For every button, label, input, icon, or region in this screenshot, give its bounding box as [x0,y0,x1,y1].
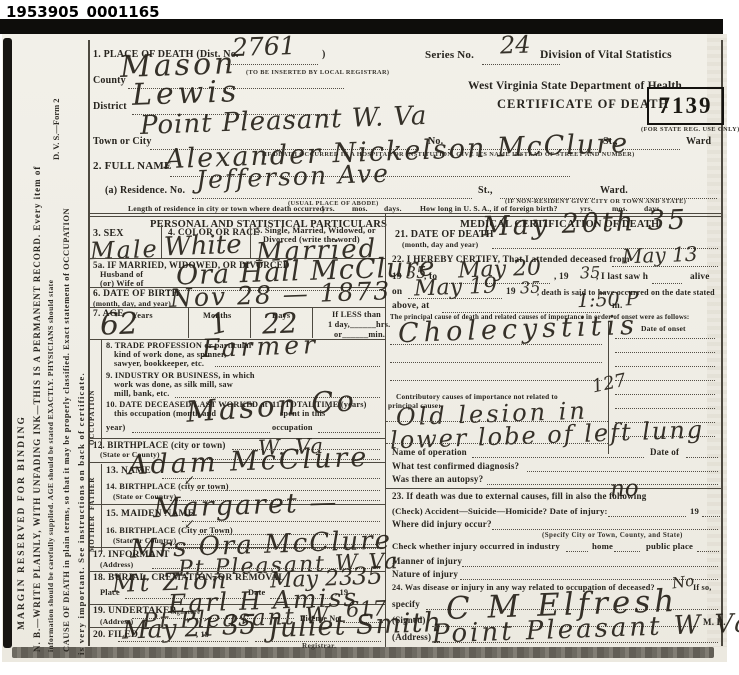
occupation-side-label: OCCUPATION [90,345,97,445]
specify-city-note: (Specify City or Town, County, and State… [542,532,683,539]
dotted-line [615,408,715,409]
dotted-line [168,548,380,549]
total-time-label-3: occupation [272,424,313,433]
days-label: days. [384,205,402,213]
yrs-label: yrs. [322,205,335,213]
dotted-line [615,352,715,353]
informant-sub-label: (Address) [100,561,133,569]
scan-bottom-edge [12,647,714,658]
registration-number: 7139 [659,93,713,119]
alive-label: alive [690,273,710,283]
dotted-line [702,516,720,517]
dotted-line [472,457,644,458]
age-less-label-2: 1 day,______hrs. [328,321,390,330]
injury-home-label: home [592,542,613,551]
age-less-label-1: If LESS than [332,311,381,320]
margin-note-line-3: CAUSE OF DEATH in plain terms, so that i… [63,60,71,652]
side-label-rule [101,339,102,449]
specify-label: specify [392,600,420,609]
dotted-line [527,471,718,472]
division-title: Division of Vital Statistics [540,49,672,61]
external-causes-label: 23. If death was due to external causes,… [392,492,646,501]
test-label: What test confirmed diagnosis? [392,462,519,471]
accident-check-label: (Check) Accident—Suicide—Homicide? Date … [392,507,608,516]
dotted-line [390,362,602,363]
registration-number-box: 7139 [647,87,724,125]
margin-reserved-label: MARGIN RESERVED FOR BINDING [18,295,28,630]
dotted-line [318,432,380,433]
dotted-line [652,283,682,284]
year-19-print: 19 [392,273,402,283]
father-name-value: Adam McClure [128,446,370,479]
residence-value: Jefferson Ave [196,163,391,192]
district-value: Lewis [132,78,241,109]
place-close-paren: ) [322,50,326,61]
dotted-line [697,551,719,552]
district-label: District [93,102,127,113]
dotted-line [386,421,608,422]
certificate-title: CERTIFICATE OF DEATH [497,98,669,111]
on-label: on [392,288,402,298]
year-19-print: , 19 [554,273,569,283]
dotted-line [182,521,380,522]
margin-note-line-2: information should be carefully supplied… [47,170,55,652]
dotted-line [482,64,560,65]
cell-divider [161,225,162,258]
last-saw-label: , I last saw h [596,273,648,283]
trade-value: Farmer [202,334,320,361]
row-rule [88,438,385,439]
dotted-line [462,566,718,567]
last-worked-label-3: year) [106,424,125,433]
dotted-line [615,338,715,339]
series-label: Series No. [425,50,474,62]
dotted-line [615,394,715,395]
residence-ward-label: Ward. [600,186,628,197]
injury-public-label: public place [646,542,693,551]
dotted-line [612,266,718,267]
dotted-line [492,529,718,530]
mother-side-label: MOTHER [90,508,97,552]
physician-address-label: (Address) [392,633,431,642]
dotted-line [408,298,502,299]
dotted-line [390,344,602,345]
time-of-death-value: 1:50 P [577,291,639,310]
dotted-line [390,380,602,381]
injury-industry-label: Check whether injury occurred in industr… [392,542,560,551]
death-certificate-scan: 1953905_0001165 MARGIN RESERVED FOR BIND… [0,0,739,675]
margin-note-line-4: is very important. See instructions on b… [77,270,86,655]
signed-label: (Signed) [392,616,426,625]
dotted-line [215,366,380,367]
father-birthplace-mark: ↙ [184,475,195,487]
autopsy-label: Was there an autopsy? [392,475,483,484]
mos-label: mos. [352,205,368,213]
operation-date-label: Date of [650,448,679,457]
dotted-line [566,551,588,552]
age-years-value: 62 [100,310,139,338]
dotted-line [625,149,680,150]
dotted-line [255,641,381,642]
maiden-name-value: Margaret — [153,491,339,522]
dotted-line [192,198,472,199]
mother-birthplace-mark: ↙ [184,519,195,531]
last-seen-value: May 19 [414,277,498,300]
full-name-label: 2. FULL NAME [93,161,172,173]
filed-year-prefix: , 19 [196,631,209,640]
dotted-line [226,64,318,65]
date-of-onset-header: Date of onset [641,325,686,333]
cell-divider [250,225,251,258]
if-so-label: If so, [693,584,712,593]
date-of-death-label: 21. DATE OF DEATH [395,230,494,241]
dotted-line [118,641,248,642]
dotted-line [487,484,718,485]
row-rule [385,488,722,489]
external-causes-value: no [610,479,639,501]
year-19-print: 19 [506,288,516,298]
color-race-value: White [164,234,242,260]
dotted-line [686,457,718,458]
margin-note-line-1: N. B.—WRITE PLAINLY, WITH UNFADING INK—T… [33,60,42,652]
date-of-death-value: May 20th 35 [482,208,689,239]
cell-divider [188,308,189,338]
series-value: 24 [500,34,531,57]
state-reg-note: (FOR STATE REG. USE ONLY) [641,127,739,133]
margin-form-number: D. V. S.—Form 2 [52,45,61,160]
length-residence-label: Length of residence in city or town wher… [128,205,324,213]
registrar-label: Registrar. [302,643,336,650]
scan-left-strip [3,38,12,648]
manner-injury-label: Manner of injury [392,557,462,566]
nature-injury-label: Nature of injury [392,570,458,579]
filed-year-value: 35 [222,613,257,638]
dotted-line [608,516,686,517]
industry-label-3: mill, bank, etc. [114,390,170,399]
dotted-line [614,551,640,552]
cause-of-death-value: Cholecystitis [398,314,640,347]
injury-year-print: 19 [690,507,699,516]
insert-note: (TO BE INSERTED BY LOCAL REGISTRAR) [246,70,389,76]
where-injury-label: Where did injury occur? [392,520,492,529]
above-at-label: above, at [392,302,429,312]
residence-label: (a) Residence. No. [105,186,185,197]
district-number-value: 2761 [232,35,296,60]
town-ward-label: Ward [686,137,711,148]
scan-top-bar [0,19,723,34]
form-left-rule [88,40,90,646]
trade-label-3: sawyer, bookkeeper, etc. [114,360,204,369]
attended-from-value: May 13 [622,245,698,266]
operation-label: Name of operation [392,448,467,457]
dob-value: Nov 28 — 1873 [170,280,392,310]
date-of-death-sub: (month, day and year) [402,241,478,249]
residence-st-label: St., [478,186,493,197]
dotted-line [132,432,270,433]
dotted-line [615,366,715,367]
dotted-line [615,380,715,381]
dotted-line [386,443,608,444]
